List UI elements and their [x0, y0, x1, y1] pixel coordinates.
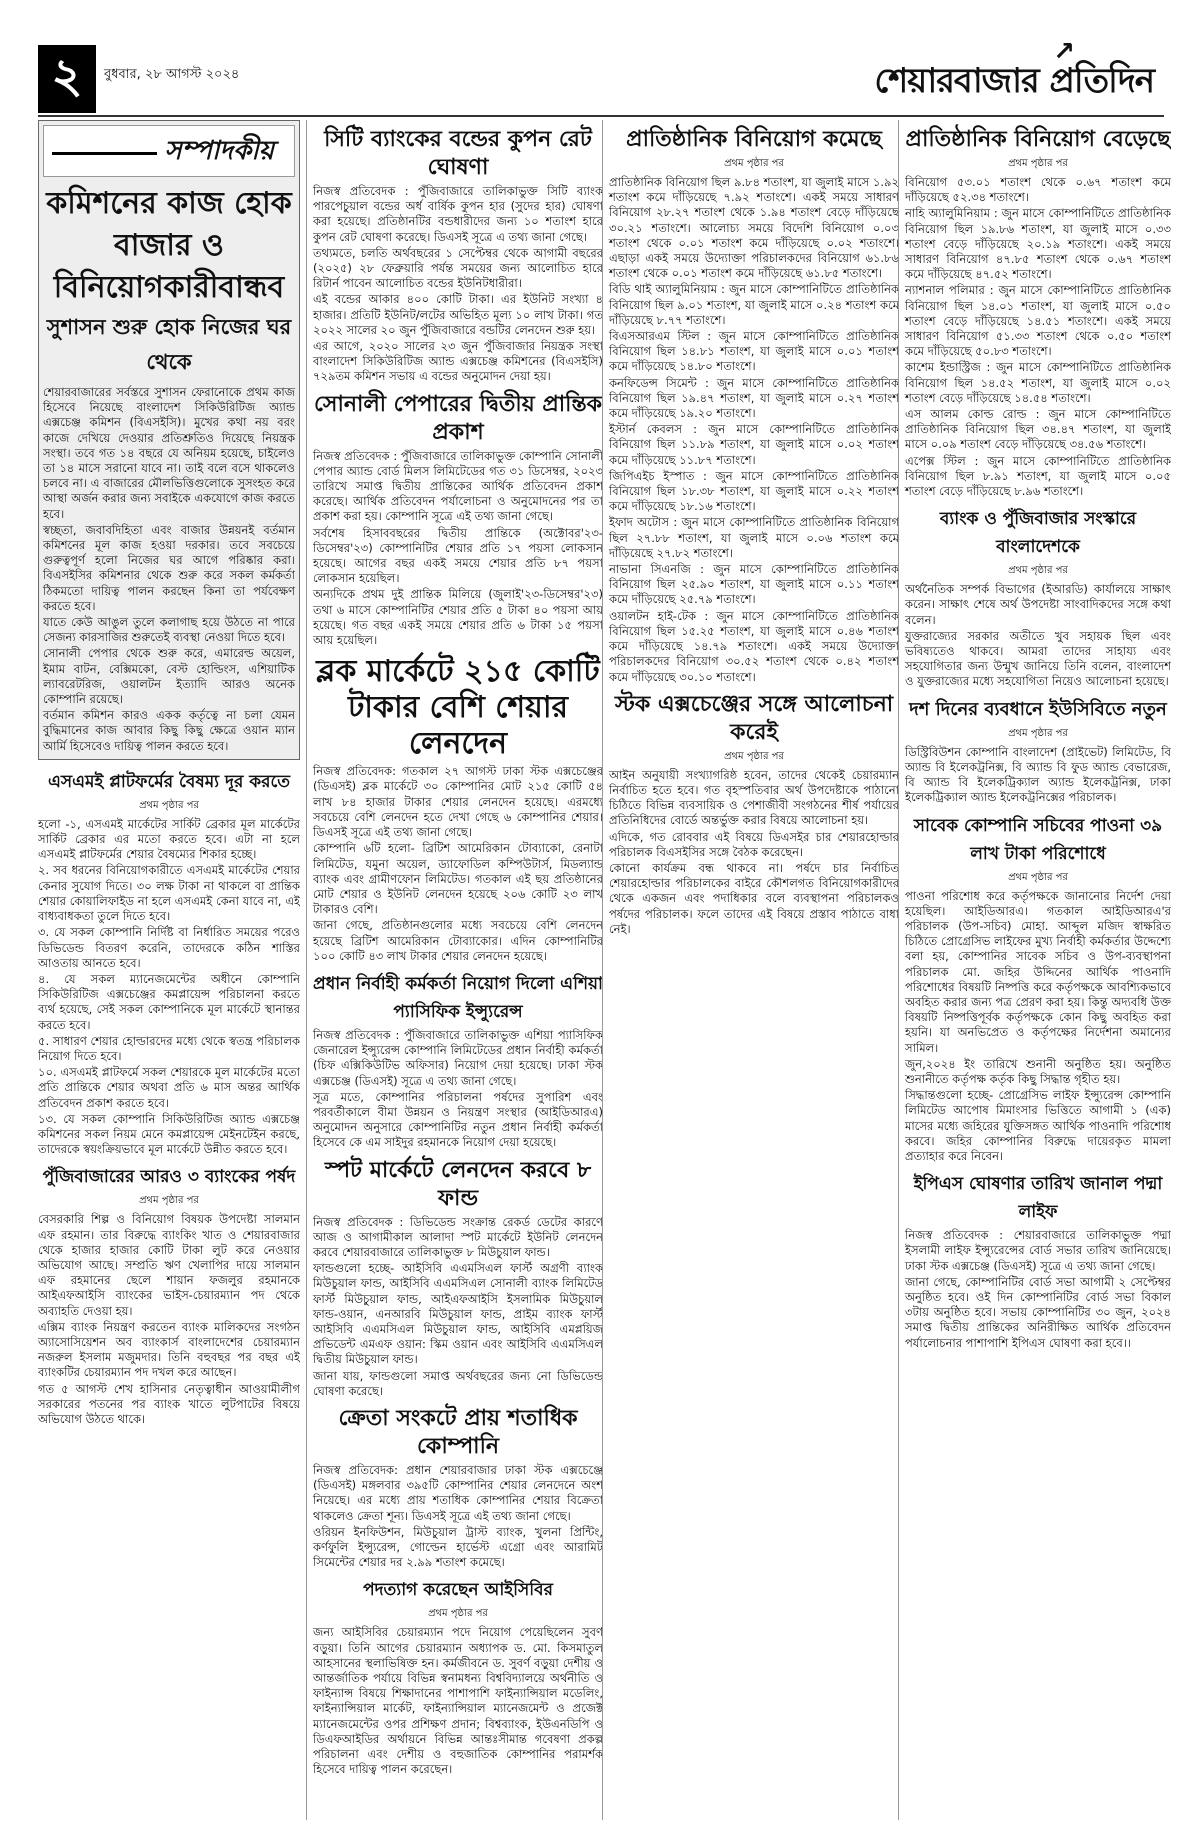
continued-label: প্রথম পৃষ্ঠার পর: [313, 1606, 603, 1623]
article-para: বিএসআরএম স্টিল : জুন মাসে কোম্পানিটিতে প…: [609, 329, 899, 375]
editorial-title: কমিশনের কাজ হোক বাজার ও বিনিয়োগকারীবান্…: [43, 183, 295, 309]
article-inst-invest-up: প্রাতিষ্ঠানিক বিনিয়োগ বেড়েছে প্রথম পৃষ…: [905, 126, 1171, 499]
article-inst-invest-down: প্রাতিষ্ঠানিক বিনিয়োগ কমেছে প্রথম পৃষ্ঠ…: [609, 126, 899, 685]
article-para: ওরিয়ন ইনফিউশন, মিউচুয়াল ট্রাস্ট ব্যাংক…: [313, 1525, 603, 1571]
article-headline: স্পট মার্কেটে লেনদেন করবে ৮ ফান্ড: [313, 1157, 603, 1213]
article-headline: প্রাতিষ্ঠানিক বিনিয়োগ কমেছে: [609, 126, 899, 154]
article-para: নিজস্ব প্রতিবেদক : শেয়ারবাজারে তালিকাভু…: [905, 1228, 1171, 1274]
issue-date: বুধবার, ২৮ আগস্ট ২০২৪: [104, 65, 239, 86]
article-headline: এসএমই প্লাটফর্মের বৈষম্য দূর করতে: [38, 768, 300, 796]
article-headline: ইপিএস ঘোষণার তারিখ জানাল পদ্মা লাইফ: [905, 1170, 1171, 1226]
article-para: কনফিডেন্স সিমেন্ট : জুন মাসে কোম্পানিটিত…: [609, 376, 899, 422]
continued-label: প্রথম পৃষ্ঠার পর: [609, 749, 899, 766]
article-para: হলো -১, এসএমই মার্কেটের সার্কিট ব্রেকার …: [38, 817, 300, 863]
newspaper-logo: শেয়ারবাজার প্রতিদিন ↗: [874, 55, 1154, 112]
continued-label: প্রথম পৃষ্ঠার পর: [905, 156, 1171, 173]
article-city-bank: সিটি ব্যাংকের বন্ডের কুপন রেট ঘোষণা নিজস…: [313, 126, 603, 385]
article-para: আইন অনুযায়ী সংখ্যাগরিষ্ঠ হবেন, তাদের থে…: [609, 768, 899, 829]
article-para: তথ্যমতে, চলতি অর্থবছরের ১ সেপ্টেম্বর থেক…: [313, 246, 603, 292]
article-bank-board: পুঁজিবাজারের আরও ৩ ব্যাংকের পর্ষদ প্রথম …: [38, 1163, 300, 1427]
article-para: অন্যদিকে প্রথম দুই প্রান্তিক মিলিয়ে (জু…: [313, 587, 603, 648]
editorial-box: সম্পাদকীয় কমিশনের কাজ হোক বাজার ও বিনিয…: [38, 120, 300, 760]
editorial-para: শেয়ারবাজারের সর্বস্তরে সুশাসন ফেরানোকে …: [43, 385, 295, 522]
article-para: গত ৫ আগস্ট শেখ হাসিনার নেতৃত্বাধীন আওয়া…: [38, 1382, 300, 1428]
article-para: নিজস্ব প্রতিবেদক : পুঁজিবাজারে তালিকাভুক…: [313, 1028, 603, 1089]
article-para: পাওনা পরিশোধ করে কর্তৃপক্ষকে জানানোর নির…: [905, 889, 1171, 1056]
article-sme: এসএমই প্লাটফর্মের বৈষম্য দূর করতে প্রথম …: [38, 768, 300, 1157]
article-headline: ব্যাংক ও পুঁজিবাজার সংস্কারে বাংলাদেশকে: [905, 505, 1171, 561]
column-3: প্রাতিষ্ঠানিক বিনিয়োগ কমেছে প্রথম পৃষ্ঠ…: [602, 120, 899, 1820]
article-stock-exchange: স্টক এক্সচেঞ্জের সঙ্গে আলোচনা করেই প্রথম…: [609, 691, 899, 937]
article-para: এদিকে, গত রোববার এই বিষয়ে ডিএসইর চার শে…: [609, 830, 899, 860]
article-para: অর্থনৈতিক সম্পর্ক বিভাগের (ইআরডি) কার্যা…: [905, 582, 1171, 628]
editorial-label: সম্পাদকীয়: [43, 125, 295, 177]
article-para: এর আগে, ২০২০ সালের ২৩ জুন পুঁজিবাজার নিয…: [313, 339, 603, 385]
article-para: ইফাদ অটোস : জুন মাসে কোম্পানিটিতে প্রাতি…: [609, 515, 899, 561]
article-para: বিনিয়োগ ৫৩.০১ শতাংশ থেকে ০.৬৭ শতাংশ কমে…: [905, 175, 1171, 205]
article-para: এই বন্ডের আকার ৪০০ কোটি টাকা। এর ইউনিট স…: [313, 292, 603, 338]
article-headline: প্রাতিষ্ঠানিক বিনিয়োগ বেড়েছে: [905, 126, 1171, 154]
article-para: নিজস্ব প্রতিবেদক: গতকাল ২৭ আগস্ট ঢাকা স্…: [313, 764, 603, 840]
continued-label: প্রথম পৃষ্ঠার পর: [905, 726, 1171, 743]
continued-label: প্রথম পৃষ্ঠার পর: [905, 563, 1171, 580]
continued-label: প্রথম পৃষ্ঠার পর: [38, 798, 300, 815]
article-sonali-paper: সোনালী পেপারের দ্বিতীয় প্রান্তিক প্রকাশ…: [313, 391, 603, 649]
article-para: কোম্পানি ৬টি হলো- ব্রিটিশ আমেরিকান টোব্য…: [313, 841, 603, 917]
article-headline: সোনালী পেপারের দ্বিতীয় প্রান্তিক প্রকাশ: [313, 391, 603, 447]
article-para: নিজস্ব প্রতিবেদক : পুঁজিবাজারে তালিকাভুক…: [313, 449, 603, 525]
article-headline: সিটি ব্যাংকের বন্ডের কুপন রেট ঘোষণা: [313, 126, 603, 182]
article-para: ৪. যে সকল ম্যানেজমেন্টের অধীনে কোম্পানি …: [38, 972, 300, 1033]
article-spot-market: স্পট মার্কেটে লেনদেন করবে ৮ ফান্ড নিজস্ব…: [313, 1157, 603, 1399]
article-para: ২. সব ধরনের বিনিয়োগকারীতে এসএমই মার্কেট…: [38, 863, 300, 924]
page-number: ২: [38, 45, 96, 113]
trend-arrow-icon: ↗: [1053, 37, 1074, 67]
article-headline: সাবেক কোম্পানি সচিবের পাওনা ৩৯ লাখ টাকা …: [905, 812, 1171, 868]
article-para: এস আলম কোল্ড রোল্ড : জুন মাসে কোম্পানিটি…: [905, 407, 1171, 453]
article-headline: পুঁজিবাজারের আরও ৩ ব্যাংকের পর্ষদ: [38, 1163, 300, 1191]
article-para: নিজস্ব প্রতিবেদক : ডিভিডেন্ড সংক্রান্ত র…: [313, 1215, 603, 1261]
article-para: ইস্টার্ন কেবলস : জুন মাসে কোম্পানিটিতে প…: [609, 422, 899, 468]
article-asia-pacific: প্রধান নির্বাহী কর্মকর্তা নিয়োগ দিলো এশ…: [313, 970, 603, 1151]
article-block-market: ব্লক মার্কেটে ২১৫ কোটি টাকার বেশি শেয়ার…: [313, 654, 603, 964]
article-para: ডিস্ট্রিবিউশন কোম্পানি বাংলাদেশ (প্রাইভে…: [905, 745, 1171, 806]
article-para: নাহি অ্যালুমিনিয়াম : জুন মাসে কোম্পানিট…: [905, 206, 1171, 282]
article-ucb: দশ দিনের ব্যবধানে ইউসিবিতে নতুন প্রথম পৃ…: [905, 696, 1171, 806]
article-para: ১০. এসএমই প্লাটফর্মে সকল শেয়ারকে মূল মা…: [38, 1065, 300, 1111]
article-para: ন্যাশনাল পলিমার : জুন মাসে কোম্পানিটিতে …: [905, 283, 1171, 359]
editorial-para: সোনালী পেপার থেকে শুরু করে, এমারেল্ড অয়…: [43, 646, 295, 707]
article-progressive-life: সাবেক কোম্পানি সচিবের পাওনা ৩৯ লাখ টাকা …: [905, 812, 1171, 1165]
article-para: প্রাতিষ্ঠানিক বিনিয়োগ ছিল ৯.৮৪ শতাংশ, য…: [609, 175, 899, 281]
article-headline: স্টক এক্সচেঞ্জের সঙ্গে আলোচনা করেই: [609, 691, 899, 747]
continued-label: প্রথম পৃষ্ঠার পর: [905, 870, 1171, 887]
article-padma-life: ইপিএস ঘোষণার তারিখ জানাল পদ্মা লাইফ নিজস…: [905, 1170, 1171, 1351]
editorial-subtitle: সুশাসন শুরু হোক নিজের ঘর থেকে: [43, 311, 295, 381]
article-para: ৫. সাধারণ শেয়ার হোল্ডারদের মধ্যে থেকে স…: [38, 1034, 300, 1064]
column-2: সিটি ব্যাংকের বন্ডের কুপন রেট ঘোষণা নিজস…: [306, 120, 603, 1820]
article-para: এক্সিম ব্যাংক নিয়ন্ত্রণ করতেন ব্যাংক মা…: [38, 1320, 300, 1381]
column-4: প্রাতিষ্ঠানিক বিনিয়োগ বেড়েছে প্রথম পৃষ…: [898, 120, 1171, 1820]
article-para: সর্বশেষ হিসাববছরের দ্বিতীয় প্রান্তিকে (…: [313, 526, 603, 587]
article-para: বেসরকারি শিল্প ও বিনিয়োগ বিষয়ক উপদেষ্ট…: [38, 1212, 300, 1318]
article-headline: দশ দিনের ব্যবধানে ইউসিবিতে নতুন: [905, 696, 1171, 724]
article-para: নিজস্ব প্রতিবেদক : পুঁজিবাজারে তালিকাভুক…: [313, 184, 603, 245]
article-para: সূত্র মতে, কোম্পানির পরিচালনা পর্ষদের সু…: [313, 1090, 603, 1151]
article-para: জানা গেছে, প্রতিষ্ঠানগুলোর মধ্যে সবচেয়ে…: [313, 918, 603, 964]
editorial-para: যাতে কেউ আঙুল তুলে কলাগাছ হয়ে উঠতে না প…: [43, 615, 295, 645]
article-para: এপেক্স স্টিল : জুন মাসে কোম্পানিটিতে প্র…: [905, 454, 1171, 500]
article-para: ফান্ডগুলো হচ্ছে- আইসিবি এএমসিএল ফার্স্ট …: [313, 1261, 603, 1367]
logo-text: শেয়ারবাজার প্রতিদিন: [874, 61, 1154, 101]
article-para: ওয়ালটন হাই-টেক : জুন মাসে কোম্পানিটিতে …: [609, 609, 899, 685]
article-para: জানা যায়, ফান্ডগুলো সমাপ্ত অর্থবছরের জন…: [313, 1369, 603, 1399]
continued-label: প্রথম পৃষ্ঠার পর: [609, 156, 899, 173]
article-headline: ক্রেতা সংকটে প্রায় শতাধিক কোম্পানি: [313, 1405, 603, 1461]
article-headline: ব্লক মার্কেটে ২১৫ কোটি টাকার বেশি শেয়ার…: [313, 654, 603, 762]
article-headline: পদত্যাগ করেছেন আইসিবির: [313, 1576, 603, 1604]
article-para: কাশেম ইন্ডাস্ট্রিজ : জুন মাসে কোম্পানিটি…: [905, 360, 1171, 406]
editorial-para: বর্তমান কমিশন কারও একক কর্তৃত্বে না চলা …: [43, 708, 295, 754]
article-icb-resign: পদত্যাগ করেছেন আইসিবির প্রথম পৃষ্ঠার পর …: [313, 1576, 603, 1777]
article-buyer-crisis: ক্রেতা সংকটে প্রায় শতাধিক কোম্পানি নিজস…: [313, 1405, 603, 1570]
article-para: জুন,২০২৪ ইং তারিখে শুনানী অনুষ্ঠিত হয়। …: [905, 1057, 1171, 1087]
continued-label: প্রথম পৃষ্ঠার পর: [38, 1193, 300, 1210]
article-headline: প্রধান নির্বাহী কর্মকর্তা নিয়োগ দিলো এশ…: [313, 970, 603, 1026]
article-para: সিদ্ধান্তগুলো হচ্ছে- প্রোগ্রেসিভ লাইফ ইন…: [905, 1088, 1171, 1164]
article-para: যুক্তরাজ্যের সরকার অতীতে খুব সহায়ক ছিল …: [905, 629, 1171, 690]
article-para: জিপিএইচ ইস্পাত : জুন মাসে কোম্পানিটিতে প…: [609, 469, 899, 515]
editorial-para: স্বচ্ছতা, জবাবদিহিতা এবং বাজার উন্নয়নই …: [43, 523, 295, 614]
article-para: নাভানা সিএনজি : জুন মাসে কোম্পানিটিতে প্…: [609, 562, 899, 608]
article-para: বিডি থাই অ্যালুমিনিয়াম : জুন মাসে কোম্প…: [609, 282, 899, 328]
article-para: নিজস্ব প্রতিবেদক: প্রধান শেয়ারবাজার ঢাক…: [313, 1463, 603, 1524]
masthead: ২ বুধবার, ২৮ আগস্ট ২০২৪ শেয়ারবাজার প্রত…: [38, 45, 1164, 117]
article-uk-reform: ব্যাংক ও পুঁজিবাজার সংস্কারে বাংলাদেশকে …: [905, 505, 1171, 689]
article-para: জানা গেছে, কোম্পানিটির বোর্ড সভা আগামী ২…: [905, 1275, 1171, 1351]
article-para: ৩. যে সকল কোম্পানি নির্দিষ্ট বা নির্ধারি…: [38, 925, 300, 971]
article-para: ১৩. যে সকল কোম্পানি সিকিউরিটিজ অ্যান্ড এ…: [38, 1112, 300, 1158]
article-para: কোনো কার্যক্রম বন্ধ থাকবে না। পর্ষদে চার…: [609, 861, 899, 937]
article-para: জন্য আইসিবির চেয়ারম্যান পদে নিয়োগ পেয়…: [313, 1625, 603, 1777]
column-1: সম্পাদকীয় কমিশনের কাজ হোক বাজার ও বিনিয…: [38, 120, 300, 1820]
